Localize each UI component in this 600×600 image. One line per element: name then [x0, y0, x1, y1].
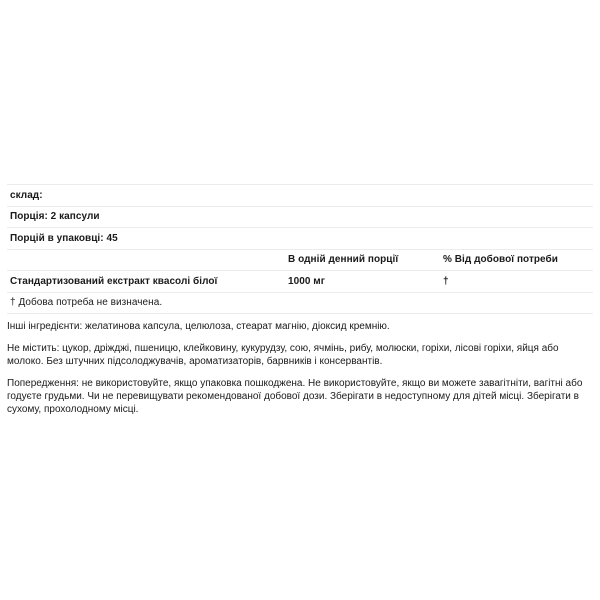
table-header-row: В одній денний порції % Від добової потр…	[7, 250, 593, 272]
ingredient-name: Стандартизований екстракт квасолі білої	[7, 276, 288, 287]
serving-size-row: Порція: 2 капсули	[7, 207, 593, 229]
ingredient-daily-value: †	[443, 276, 593, 287]
column-header-daily-value: % Від добової потреби	[443, 254, 593, 265]
composition-row: склад:	[7, 185, 593, 207]
servings-per-container-row: Порцій в упаковці: 45	[7, 228, 593, 250]
daily-value-footnote: † Добова потреба не визначена.	[7, 297, 162, 308]
table-row: Стандартизований екстракт квасолі білої …	[7, 271, 593, 293]
ingredient-amount: 1000 мг	[288, 276, 443, 287]
column-header-amount: В одній денний порції	[288, 254, 443, 265]
supplement-facts-table: склад: Порція: 2 капсули Порцій в упаков…	[7, 184, 593, 314]
warning-text: Попередження: не використовуйте, якщо уп…	[7, 377, 593, 417]
serving-size: Порція: 2 капсули	[7, 211, 100, 222]
does-not-contain-text: Не містить: цукор, дріжджі, пшеницю, кле…	[7, 342, 593, 369]
product-notes: Інші інгредієнти: желатинова капсула, це…	[7, 320, 593, 425]
footnote-row: † Добова потреба не визначена.	[7, 293, 593, 315]
servings-per-container: Порцій в упаковці: 45	[7, 233, 118, 244]
composition-label: склад:	[7, 190, 43, 201]
other-ingredients-text: Інші інгредієнти: желатинова капсула, це…	[7, 320, 593, 333]
